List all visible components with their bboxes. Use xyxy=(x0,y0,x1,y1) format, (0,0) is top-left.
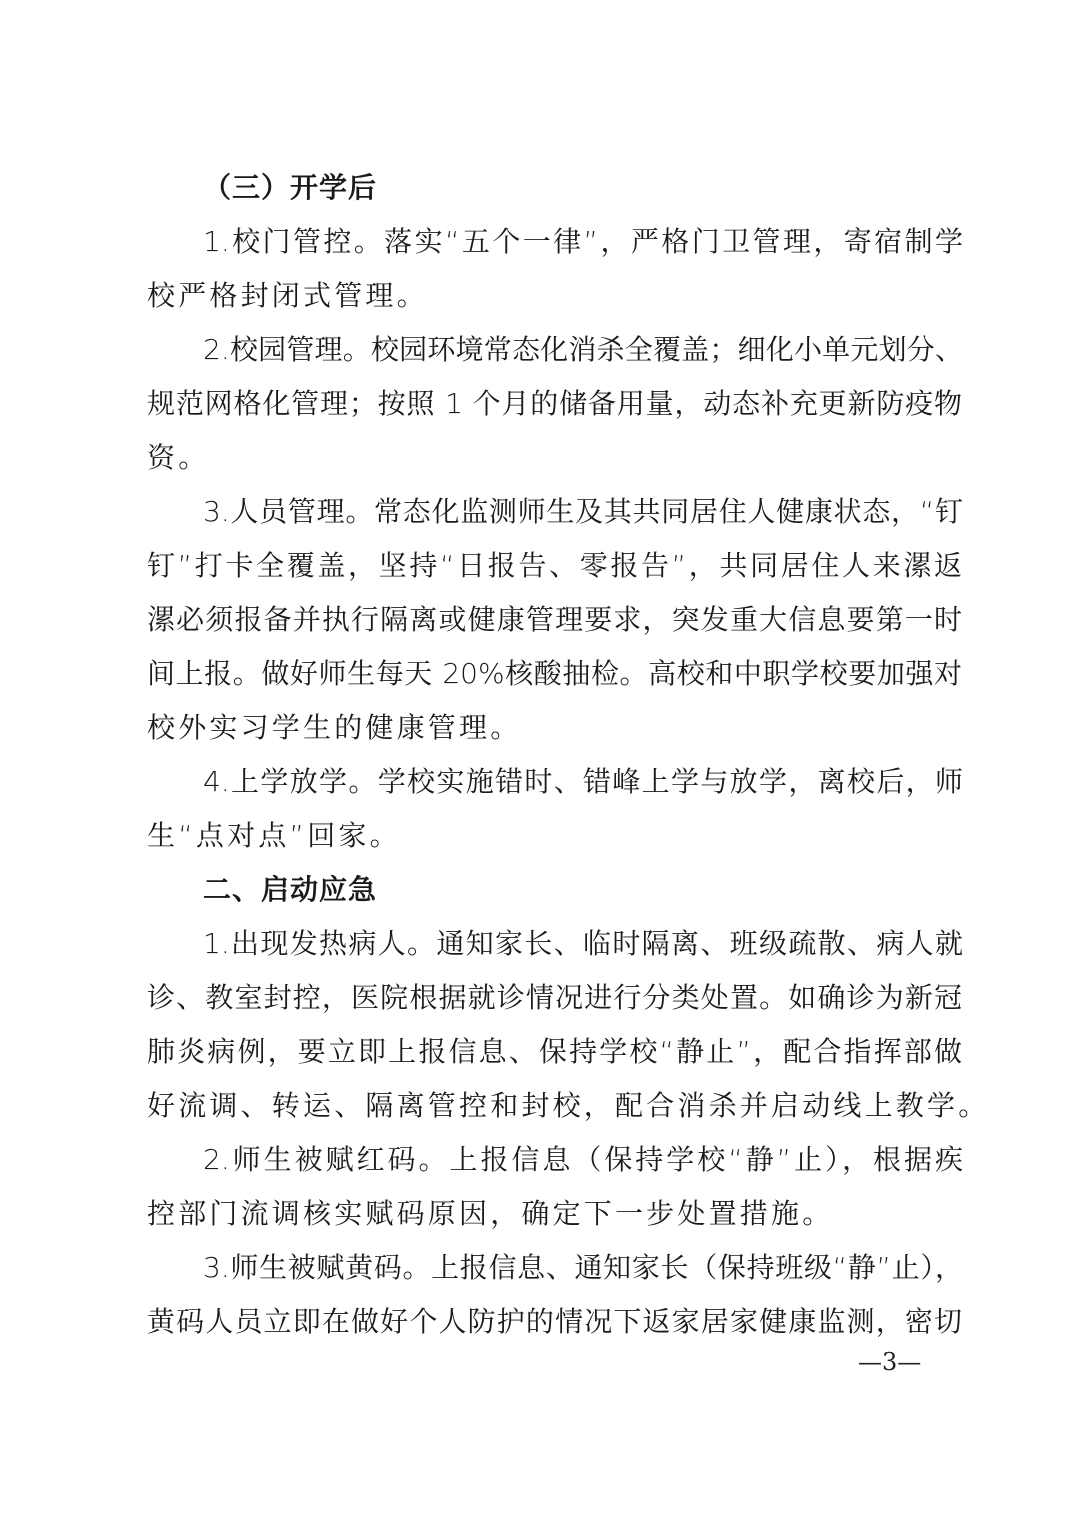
paragraph-line: 肺炎病例，要立即上报信息、保持学校“静止”，配合指挥部做 xyxy=(147,1034,962,1070)
document-page: （三）开学后 1.校门管控。落实“五个一律”，严格门卫管理，寄宿制学 校严格封闭… xyxy=(0,0,1080,1527)
paragraph-line: 规范网格化管理；按照 1 个月的储备用量，动态补充更新防疫物 xyxy=(147,386,962,422)
paragraph-line: 间上报。做好师生每天 20%核酸抽检。高校和中职学校要加强对 xyxy=(147,656,962,692)
paragraph-line: 生“点对点”回家。 xyxy=(147,818,962,854)
page-number: —3— xyxy=(858,1348,921,1376)
paragraph-line: 资。 xyxy=(147,440,962,476)
paragraph-line: 漯必须报备并执行隔离或健康管理要求，突发重大信息要第一时 xyxy=(147,602,962,638)
section-heading: 二、启动应急 xyxy=(203,872,963,908)
paragraph-line: 校外实习学生的健康管理。 xyxy=(147,710,962,746)
paragraph-line: 钉”打卡全覆盖，坚持“日报告、零报告”，共同居住人来漯返 xyxy=(147,548,962,584)
paragraph-line: 校严格封闭式管理。 xyxy=(147,278,962,314)
paragraph-line: 3.师生被赋黄码。上报信息、通知家长（保持班级“静”止）， xyxy=(203,1250,963,1286)
paragraph-line: 黄码人员立即在做好个人防护的情况下返家居家健康监测，密切 xyxy=(147,1304,962,1340)
paragraph-line: 1.出现发热病人。通知家长、临时隔离、班级疏散、病人就 xyxy=(203,926,963,962)
paragraph-line: 3.人员管理。常态化监测师生及其共同居住人健康状态，“钉 xyxy=(203,494,963,530)
paragraph-line: 诊、教室封控，医院根据就诊情况进行分类处置。如确诊为新冠 xyxy=(147,980,962,1016)
section-heading: （三）开学后 xyxy=(203,170,963,206)
paragraph-line: 1.校门管控。落实“五个一律”，严格门卫管理，寄宿制学 xyxy=(203,224,963,260)
paragraph-line: 好流调、转运、隔离管控和封校，配合消杀并启动线上教学。 xyxy=(147,1088,962,1124)
paragraph-line: 2.校园管理。校园环境常态化消杀全覆盖；细化小单元划分、 xyxy=(203,332,963,368)
paragraph-line: 2.师生被赋红码。上报信息（保持学校“静”止），根据疾 xyxy=(203,1142,963,1178)
paragraph-line: 控部门流调核实赋码原因，确定下一步处置措施。 xyxy=(147,1196,962,1232)
paragraph-line: 4.上学放学。学校实施错时、错峰上学与放学，离校后，师 xyxy=(203,764,963,800)
